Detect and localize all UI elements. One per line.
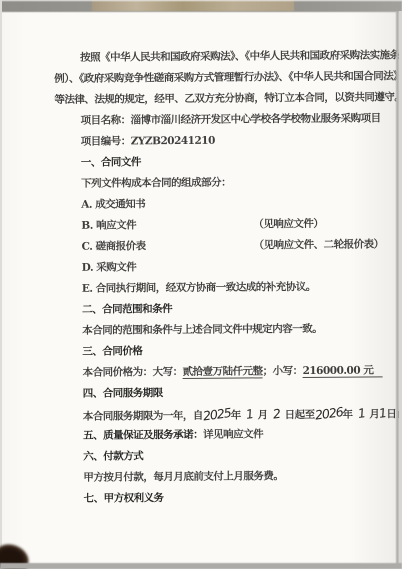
period-middle: 日起至 bbox=[285, 409, 315, 421]
section5-suffix: 详见响应文件 bbox=[203, 428, 263, 440]
handwritten-end-year: 2026 bbox=[313, 401, 343, 425]
section5-title: 五、质量保证及服务承诺： bbox=[83, 429, 203, 442]
intro-line-3: 等法律、法规的规定，经甲、乙双方充分协商，特订立本合同，以资共同遵守。 bbox=[54, 87, 394, 111]
contract-item-c: C. 磋商报价表 （见响应文件、二轮报价表） bbox=[55, 234, 395, 258]
scanned-contract-page: 按照《中华人民共和国政府采购法》、《中华人民共和国政府采购法实施条 例）、《政府… bbox=[0, 0, 402, 569]
period-prefix: 本合同服务期限为一年，自 bbox=[83, 410, 203, 423]
price-prefix: 本合同价格为：大写： bbox=[83, 366, 183, 379]
scanner-top-band bbox=[0, 1, 402, 12]
handwritten-start-day: 2 bbox=[271, 403, 281, 425]
item-b-note: （见响应文件） bbox=[253, 214, 323, 236]
handwritten-start-year: 2025 bbox=[202, 402, 232, 426]
section2-body: 本合同的范围和条件与上述合同文件中规定内容一致。 bbox=[56, 318, 396, 342]
contract-price-line: 本合同价格为：大写：贰拾壹万陆仟元整；小写：216000.00 元 bbox=[56, 360, 396, 384]
service-period-line: 本合同服务期限为一年，自2025年1月2日起至2026年1月1日止。 bbox=[57, 402, 397, 426]
scanner-top-surface-texture bbox=[92, 1, 294, 11]
project-name: 项目名称：淄博市淄川经济开发区中心学校各学校物业服务采购项目 bbox=[54, 108, 394, 132]
item-e-label: E. 合同执行期间，经双方协商一致达成的补充协议。 bbox=[82, 281, 316, 295]
contract-item-d: D. 采购文件 bbox=[56, 255, 396, 279]
contract-item-e: E. 合同执行期间，经双方协商一致达成的补充协议。 bbox=[56, 276, 396, 300]
item-c-label: C. 磋商报价表 bbox=[82, 240, 146, 253]
section3-title: 三、合同价格 bbox=[56, 339, 396, 363]
item-a-label: A. 成交通知书 bbox=[81, 198, 145, 211]
price-amount-numeric: 216000.00 元 bbox=[302, 364, 382, 378]
section1-intro: 下列文件构成本合同的组成部分： bbox=[55, 171, 395, 195]
year-char-1: 年 bbox=[231, 410, 241, 422]
price-mid: ；小写： bbox=[262, 365, 302, 377]
intro-line-1: 按照《中华人民共和国政府采购法》、《中华人民共和国政府采购法实施条 bbox=[54, 45, 394, 69]
project-number: 项目编号：ZYZB20241210 bbox=[55, 129, 395, 153]
contract-text-block: 按照《中华人民共和国政府采购法》、《中华人民共和国政府采购法实施条 例）、《政府… bbox=[54, 45, 398, 510]
section2-title: 二、合同范围和条件 bbox=[56, 297, 396, 321]
section6-body: 甲方按月付款，每月月底前支付上月服务费。 bbox=[57, 465, 397, 489]
section7-title: 七、甲方权利义务 bbox=[57, 486, 397, 510]
scanner-bottom-band bbox=[0, 563, 402, 569]
month-char-1: 月 bbox=[258, 409, 268, 421]
section6-title: 六、付款方式 bbox=[57, 444, 397, 468]
contract-item-a: A. 成交通知书 bbox=[55, 192, 395, 216]
handwritten-start-month: 1 bbox=[244, 403, 254, 425]
item-d-label: D. 采购文件 bbox=[82, 261, 137, 273]
section5-line: 五、质量保证及服务承诺：详见响应文件 bbox=[57, 423, 397, 447]
item-c-note: （见响应文件、二轮报价表） bbox=[253, 234, 383, 256]
section1-title: 一、合同文件 bbox=[55, 150, 395, 174]
handwritten-end-month: 1 bbox=[356, 402, 366, 424]
intro-line-2: 例）、《政府采购竞争性磋商采购方式管理暂行办法》、《中华人民共和国合同法》 bbox=[54, 66, 394, 90]
price-amount-capital: 贰拾壹万陆仟元整 bbox=[183, 365, 263, 379]
year-char-2: 年 bbox=[342, 409, 352, 421]
item-b-label: B. 响应文件 bbox=[81, 219, 136, 231]
contract-item-b: B. 响应文件 （见响应文件） bbox=[55, 213, 395, 237]
